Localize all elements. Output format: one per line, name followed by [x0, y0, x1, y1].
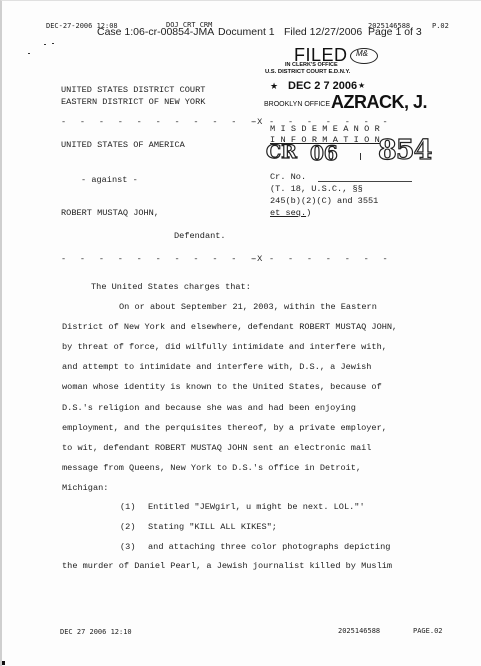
caption-divider-bottom: - - - - - - - - - - - - - - - - - -: [61, 254, 392, 264]
filed-stamp-date: DEC 2 7 2006: [288, 80, 357, 92]
charges-intro: The United States charges that:: [91, 282, 251, 292]
fax-footer-datetime: DEC 27 2006 12:10: [60, 628, 132, 636]
paragraph-line: On or about September 21, 2003, within t…: [119, 302, 377, 312]
item-number: (3): [120, 542, 135, 552]
star-icon: ★: [358, 81, 365, 90]
judge-stamp: AZRACK, J.: [331, 92, 427, 113]
doc-type-misdemeanor: MISDEMEANOR: [270, 124, 385, 134]
stamped-case-number: 854: [378, 135, 431, 166]
statute-et-seq: et seq.: [270, 208, 306, 218]
item-number: (1): [120, 502, 135, 512]
cr-no-label: Cr. No.: [270, 172, 306, 182]
statute-line3: et seq.): [270, 208, 311, 218]
paragraph-line: and attempt to intimidate and interfere …: [62, 362, 371, 372]
caption-divider-bottom-end: -X: [252, 254, 262, 264]
stamped-case-prefix: CR: [266, 141, 297, 163]
caption-divider-top-end: -X: [252, 117, 262, 127]
paragraph-line: District of New York and elsewhere, defe…: [62, 322, 397, 332]
star-icon: ★: [270, 81, 278, 92]
ecf-case-number: Case 1:06-cr-00854-JMA: [97, 26, 214, 38]
item-number: (2): [120, 522, 135, 532]
filed-stamp-initials: M&: [356, 49, 368, 58]
scan-edge-mark: [2, 661, 5, 665]
statute-line2: 245(b)(2)(C) and 3551: [270, 196, 378, 206]
paragraph-continuation: the murder of Daniel Pearl, a Jewish jou…: [62, 561, 392, 571]
defendant-label: Defendant.: [174, 231, 226, 241]
statute-line1: (T. 18, U.S.C., §§: [270, 184, 363, 194]
item-text: Stating "KILL ALL KIKES";: [148, 522, 277, 532]
filed-stamp-location: BROOKLYN OFFICE: [264, 101, 330, 108]
paragraph-line: woman whose identity is known to the Uni…: [62, 382, 382, 392]
paragraph-line: by threat of force, did wilfully intimid…: [62, 342, 387, 352]
paragraph-line: D.S.'s religion and because she was and …: [62, 403, 356, 413]
item-text: and attaching three color photographs de…: [148, 542, 390, 552]
paragraph-line: Michigan:: [62, 483, 108, 493]
cr-no-blank-line: [318, 181, 412, 182]
filed-stamp-court: U.S. DISTRICT COURT E.D.N.Y.: [265, 69, 350, 75]
defendant-name: ROBERT MUSTAQ JOHN,: [61, 208, 159, 218]
stamped-case-year: 06: [310, 141, 338, 165]
filed-stamp-office: IN CLERK'S OFFICE: [285, 62, 338, 68]
ecf-page-of: Page 1 of 3: [368, 26, 422, 38]
scan-speck: [44, 44, 46, 45]
against-label: - against -: [81, 175, 138, 185]
court-name-line1: UNITED STATES DISTRICT COURT: [61, 85, 205, 95]
fax-footer-page: PAGE.02: [413, 627, 443, 635]
paragraph-line: to wit, defendant ROBERT MUSTAQ JOHN sen…: [62, 443, 371, 453]
scan-speck: [52, 43, 54, 44]
scan-speck: [28, 53, 30, 54]
ecf-filed-date: Filed 12/27/2006: [284, 26, 362, 38]
court-name-line2: EASTERN DISTRICT OF NEW YORK: [61, 97, 205, 107]
ecf-document-number: Document 1: [218, 26, 275, 38]
paragraph-line: message from Queens, New York to D.S.'s …: [62, 463, 361, 473]
document-page: DEC-27-2006 12:08 DOJ CRT CRM 2025146588…: [0, 0, 481, 666]
plaintiff-name: UNITED STATES OF AMERICA: [61, 140, 185, 150]
paragraph-line: employment, and the perquisites thereof,…: [62, 423, 387, 433]
fax-footer-number: 2025146588: [338, 627, 380, 635]
fax-header-page: P.02: [432, 22, 449, 30]
item-text: Entitled "JEWgirl, u might be next. LOL.…: [148, 502, 365, 512]
stamped-case-separator: [360, 153, 361, 160]
statute-close-paren: ): [306, 208, 311, 218]
